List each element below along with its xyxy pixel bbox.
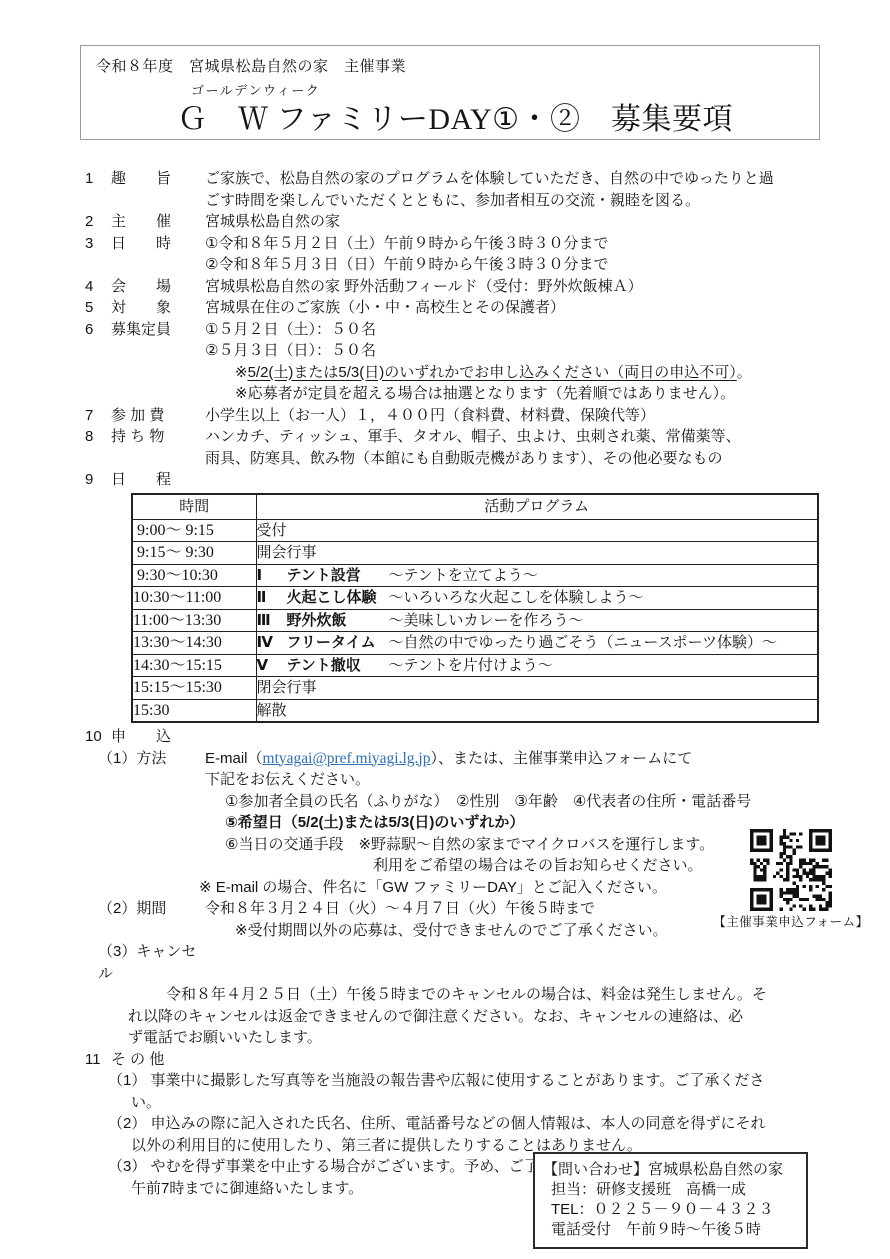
contact-title: 【問い合わせ】宮城県松島自然の家 xyxy=(543,1160,798,1180)
fee-detail: 小学生以上（お一人）１，４００円（食料費、材料費、保険代等） xyxy=(205,405,830,427)
cancel-line-2: れ以降のキャンセルは返金できませんので御注意ください。なお、キャンセルの連絡は、… xyxy=(128,1006,830,1028)
column-header-program: 活動プログラム xyxy=(256,494,818,520)
section-number: 3 xyxy=(85,233,111,276)
section-number: 7 xyxy=(85,405,111,427)
schedule-table: 時間 活動プログラム 9:00～ 9:15 受付 9:15～ 9:30 開会行事… xyxy=(131,493,819,724)
section-fee: 7 参 加 費 小学生以上（お一人）１，４００円（食料費、材料費、保険代等） xyxy=(85,405,830,427)
contact-person: 担当：研修支援班 高橋一成 xyxy=(543,1180,798,1200)
method-subject-note: ※ E-mail の場合、件名に「GW ファミリーDAY」とご記入ください。 xyxy=(199,877,830,899)
method-line-2: 下記をお伝えください。 xyxy=(205,769,830,791)
schedule-header-row: 時間 活動プログラム xyxy=(132,494,818,520)
cancel-line-3: ず電話でお願いいたします。 xyxy=(128,1027,830,1049)
method-label: （1）方法 xyxy=(98,748,205,899)
datetime-day1: ①令和８年５月２日（土）午前９時から午後３時３０分まで xyxy=(205,233,830,255)
method-required-info-1: ①参加者全員の氏名（ふりがな） ②性別 ③年齢 ④代表者の住所・電話番号 xyxy=(225,791,830,813)
section-datetime: 3 日 時 ①令和８年５月２日（土）午前９時から午後３時３０分まで ②令和８年５… xyxy=(85,233,830,276)
section-label: 募集定員 xyxy=(111,319,205,405)
capacity-day1: ①５月２日（土）：５０名 xyxy=(205,319,830,341)
application-method: （1）方法 E-mail（mtyagai@pref.miyagi.lg.jp）、… xyxy=(85,748,830,899)
section-label: 日 時 xyxy=(111,233,205,276)
column-header-time: 時間 xyxy=(132,494,256,520)
qr-code-image xyxy=(750,829,832,911)
section-number: 10 xyxy=(85,726,111,748)
target-audience: 宮城県在住のご家族（小・中・高校生とその保護者） xyxy=(205,297,830,319)
section-number: 5 xyxy=(85,297,111,319)
section-label: 会 場 xyxy=(111,276,205,298)
section-number: 4 xyxy=(85,276,111,298)
section-label: 持 ち 物 xyxy=(111,426,205,469)
cancel-label: （3）キャンセル xyxy=(98,941,205,984)
section-number: 1 xyxy=(85,168,111,211)
document-body: 1 趣 旨 ご家族で、松島自然の家のプログラムを体験していただき、自然の中でゆっ… xyxy=(85,168,830,1199)
capacity-note-1: ※5/2(土)または5/3(日)のいずれかでお申し込みください（両日の申込不可）… xyxy=(235,362,830,384)
section-number: 6 xyxy=(85,319,111,405)
method-line-email: E-mail（mtyagai@pref.miyagi.lg.jp）、または、主催… xyxy=(205,748,830,770)
section-number: 2 xyxy=(85,211,111,233)
period-label: （2）期間 xyxy=(98,898,205,941)
table-row: 13:30～14:30 Ⅳフリータイム～自然の中でゆったり過ごそう（ニュースポー… xyxy=(132,632,818,655)
capacity-note-2: ※応募者が定員を超える場合は抽選となります（先着順ではありません）。 xyxy=(235,383,830,405)
capacity-day2: ②５月３日（日）：５０名 xyxy=(205,340,830,362)
others-item-2-line-1: （2） 申込みの際に記入された氏名、住所、電話番号などの個人情報は、本人の同意を… xyxy=(108,1113,830,1135)
section-label: 対 象 xyxy=(111,297,205,319)
page-title: Ｇ Ｗ ファミリーDAY①・② 募集要項 xyxy=(177,94,733,138)
header-box: 令和８年度 宮城県松島自然の家 主催事業 ゴールデンウィーク Ｇ Ｗ ファミリー… xyxy=(80,45,820,140)
table-row: 9:00～ 9:15 受付 xyxy=(132,519,818,542)
section-number: 11 xyxy=(85,1049,111,1071)
email-link[interactable]: mtyagai@pref.miyagi.lg.jp xyxy=(263,750,431,767)
table-row: 11:00～13:30 Ⅲ野外炊飯～美味しいカレーを作ろう～ xyxy=(132,609,818,632)
others-item-1-line-1: （1） 事業中に撮影した写真等を当施設の報告書や広報に使用することがあります。ご… xyxy=(108,1070,830,1092)
table-row: 9:30～10:30 Ⅰテント設営～テントを立てよう～ xyxy=(132,564,818,587)
purpose-line-1: ご家族で、松島自然の家のプログラムを体験していただき、自然の中でゆったりと過 xyxy=(205,168,830,190)
section-label: 参 加 費 xyxy=(111,405,205,427)
table-row: 14:30～15:15 Ⅴテント撤収～テントを片付けよう～ xyxy=(132,654,818,677)
section-venue: 4 会 場 宮城県松島自然の家 野外活動フィールド（受付：野外炊飯棟Ａ） xyxy=(85,276,830,298)
document-page: 令和８年度 宮城県松島自然の家 主催事業 ゴールデンウィーク Ｇ Ｗ ファミリー… xyxy=(0,0,890,1259)
section-purpose: 1 趣 旨 ご家族で、松島自然の家のプログラムを体験していただき、自然の中でゆっ… xyxy=(85,168,830,211)
method-required-info-2: ⑤希望日（5/2(土)または5/3(日)のいずれか） xyxy=(225,812,830,834)
section-number: 9 xyxy=(85,469,111,491)
section-target: 5 対 象 宮城県在住のご家族（小・中・高校生とその保護者） xyxy=(85,297,830,319)
contact-box: 【問い合わせ】宮城県松島自然の家 担当：研修支援班 高橋一成 TEL：０２２５－… xyxy=(533,1152,808,1249)
section-capacity: 6 募集定員 ①５月２日（土）：５０名 ②５月３日（日）：５０名 ※5/2(土)… xyxy=(85,319,830,405)
cancel-line-1: 令和８年４月２５日（土）午後５時までのキャンセルの場合は、料金は発生しません。そ xyxy=(166,984,830,1006)
others-item-1-line-2: い。 xyxy=(131,1092,830,1114)
venue-name: 宮城県松島自然の家 野外活動フィールド（受付：野外炊飯棟Ａ） xyxy=(205,276,830,298)
contact-phone: TEL：０２２５－９０－４３２３ xyxy=(543,1200,798,1220)
application-cancel: （3）キャンセル xyxy=(85,941,830,984)
contact-hours: 電話受付 午前９時～午後５時 xyxy=(543,1220,798,1240)
method-required-info-3: ⑥当日の交通手段 ※野蒜駅～自然の家までマイクロバスを運行します。 xyxy=(225,834,830,856)
section-belongings: 8 持 ち 物 ハンカチ、ティッシュ、軍手、タオル、帽子、虫よけ、虫刺され薬、常… xyxy=(85,426,830,469)
section-label: 日 程 xyxy=(111,469,205,491)
table-row: 10:30～11:00 Ⅱ火起こし体験～いろいろな火起こしを体験しよう～ xyxy=(132,587,818,610)
section-label: そ の 他 xyxy=(111,1049,205,1071)
section-label: 趣 旨 xyxy=(111,168,205,211)
section-schedule: 9 日 程 xyxy=(85,469,830,491)
belongings-line-1: ハンカチ、ティッシュ、軍手、タオル、帽子、虫よけ、虫刺され薬、常備薬等、 xyxy=(205,426,830,448)
section-others: 11 そ の 他 xyxy=(85,1049,830,1071)
section-organizer: 2 主 催 宮城県松島自然の家 xyxy=(85,211,830,233)
purpose-line-2: ごす時間を楽しんでいただくとともに、参加者相互の交流・親睦を図る。 xyxy=(205,190,830,212)
table-row: 15:15～15:30 閉会行事 xyxy=(132,677,818,700)
section-number: 8 xyxy=(85,426,111,469)
qr-code xyxy=(750,829,832,911)
table-row: 15:30 解散 xyxy=(132,699,818,722)
belongings-line-2: 雨具、防寒具、飲み物（本館にも自動販売機があります）、その他必要なもの xyxy=(205,448,830,470)
datetime-day2: ②令和８年５月３日（日）午前９時から午後３時３０分まで xyxy=(205,254,830,276)
section-label: 主 催 xyxy=(111,211,205,233)
organizer-name: 宮城県松島自然の家 xyxy=(205,211,830,233)
program-year-line: 令和８年度 宮城県松島自然の家 主催事業 xyxy=(96,55,406,76)
qr-caption: 【主催事業申込フォーム】 xyxy=(698,912,884,930)
section-application: 10 申 込 xyxy=(85,726,830,748)
table-row: 9:15～ 9:30 開会行事 xyxy=(132,542,818,565)
section-label: 申 込 xyxy=(111,726,205,748)
